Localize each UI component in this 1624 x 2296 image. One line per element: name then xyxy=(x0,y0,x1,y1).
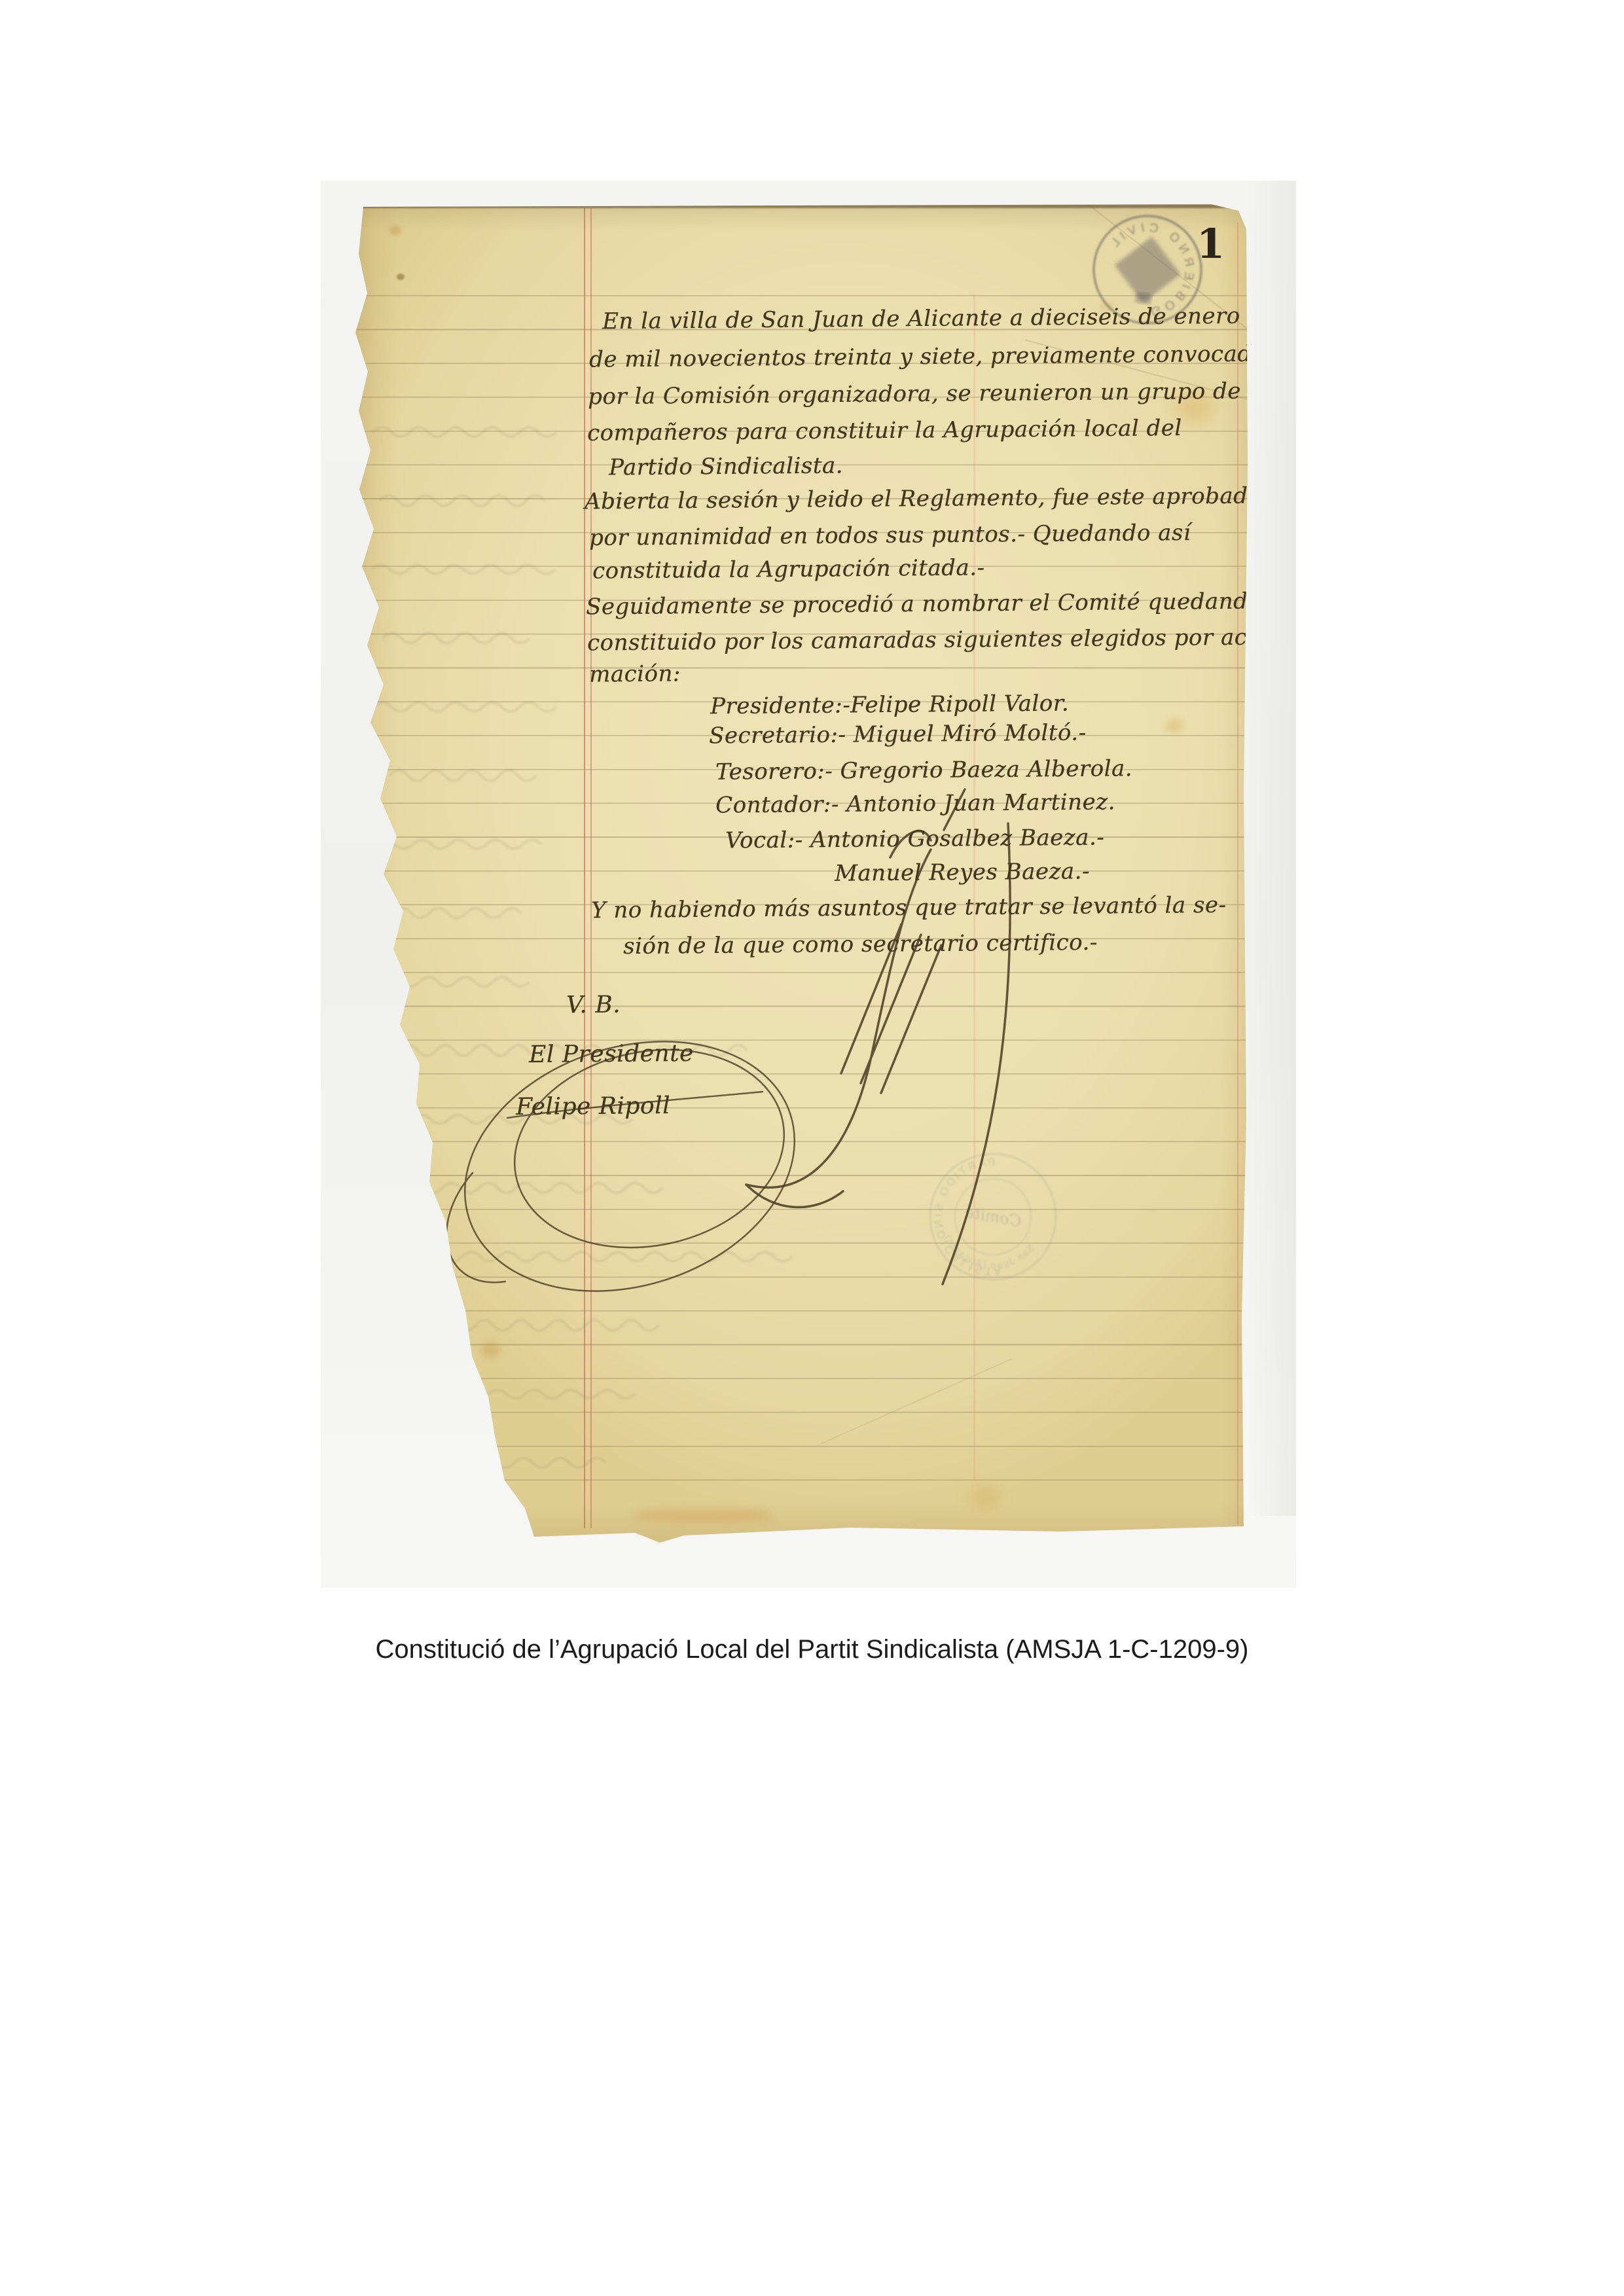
manuscript-line: por unanimidad en todos sus puntos.- Que… xyxy=(589,520,1191,551)
scanned-document-page: GOBIERNO CIVIL PARTIDO SINDICALISTA Comi… xyxy=(0,0,1624,2296)
vb-approval-mark: V. B. xyxy=(566,992,621,1019)
manuscript-line: sión de la que como secretario certifico… xyxy=(623,929,1098,960)
president-name: Felipe Ripoll xyxy=(516,1092,670,1121)
manuscript-line-vocal: Vocal:- Antonio Gosalbez Baeza.- xyxy=(725,824,1104,853)
archive-caption: Constitució de l’Agrupació Local del Par… xyxy=(0,1635,1624,1664)
manuscript-line: Partido Sindicalista. xyxy=(609,452,843,480)
manuscript-line-secretary: Secretario:- Miguel Miró Moltó.- xyxy=(709,719,1087,749)
manuscript-line-treasurer: Tesorero:- Gregorio Baeza Alberola. xyxy=(715,755,1132,785)
manuscript-line: compañeros para constituir la Agrupación… xyxy=(587,415,1182,446)
svg-text:Comité: Comité xyxy=(964,1203,1023,1231)
manuscript-paper: GOBIERNO CIVIL PARTIDO SINDICALISTA Comi… xyxy=(353,203,1250,1543)
scan-edge-shadow xyxy=(1248,181,1296,1516)
manuscript-line: constituida la Agrupación citada.- xyxy=(592,554,985,584)
ghost-round-stamp-icon: PARTIDO SINDICALISTA Comité San Juan (Al… xyxy=(920,1144,1066,1289)
manuscript-line-vocal2: Manuel Reyes Baeza.- xyxy=(835,858,1090,886)
president-title: El Presidente xyxy=(529,1040,694,1068)
manuscript-line: mación: xyxy=(589,660,681,687)
page-number: 1 xyxy=(1197,220,1225,268)
manuscript-line-accountant: Contador:- Antonio Juan Martinez. xyxy=(715,789,1115,818)
manuscript-line-president: Presidente:-Felipe Ripoll Valor. xyxy=(710,691,1069,720)
manuscript-line: Y no habiendo más asuntos que tratar se … xyxy=(591,892,1227,924)
manuscript-line: En la villa de San Juan de Alicante a di… xyxy=(602,303,1240,335)
